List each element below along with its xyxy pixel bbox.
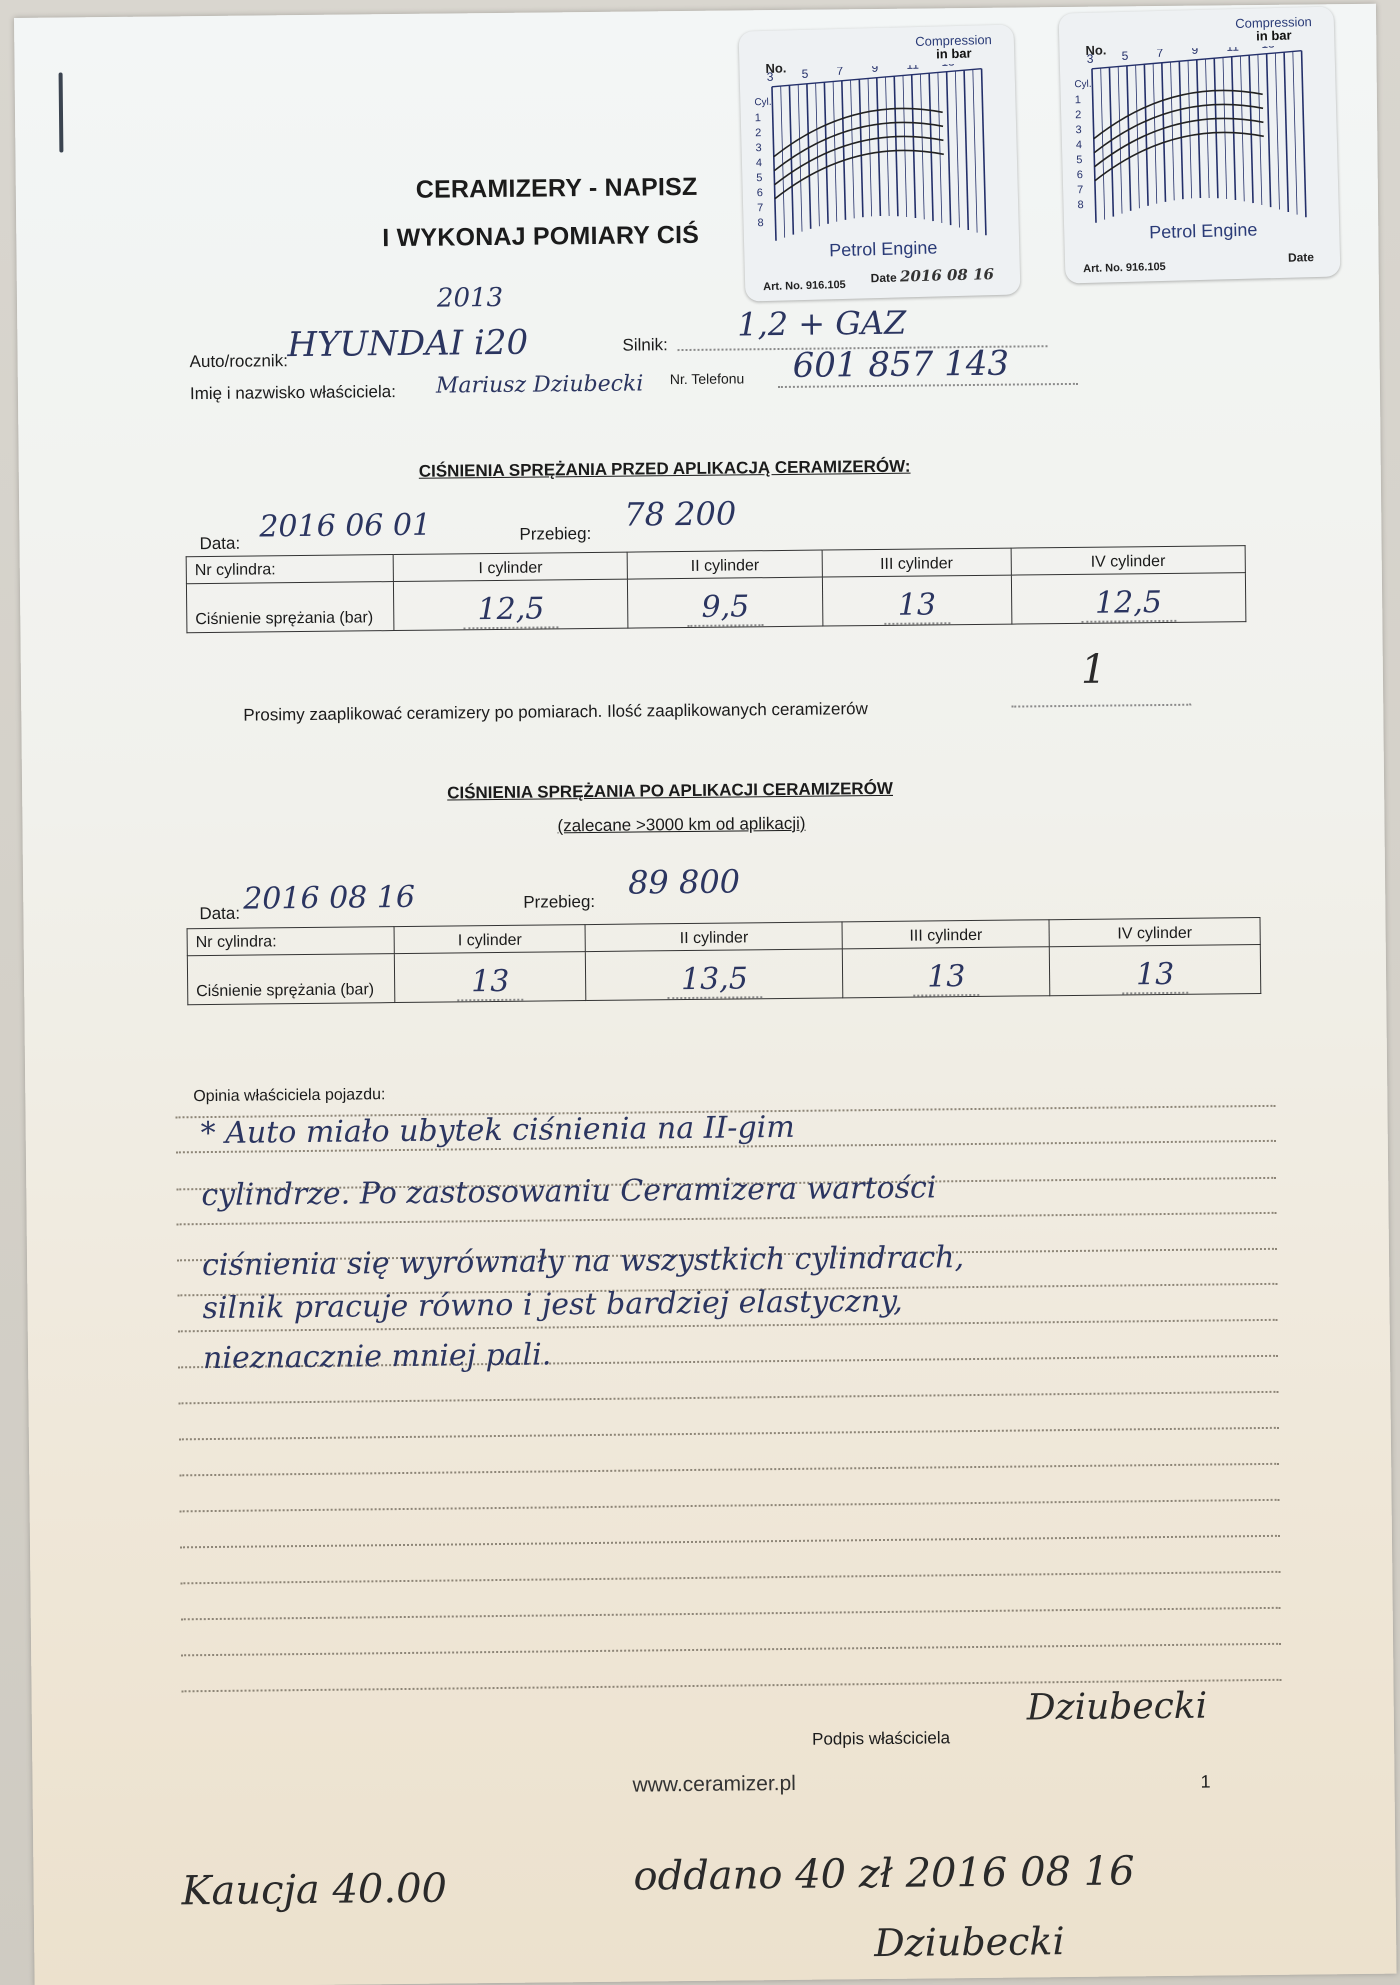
before-mileage-label: Przebieg: (519, 524, 591, 545)
cylinder-header: I cylinder (394, 925, 586, 954)
compression-value: 13,5 (667, 961, 762, 999)
card-date-label: Date (1288, 250, 1314, 265)
bottom-signature: Dziubecki (874, 1919, 1065, 1965)
form-title-line2: I WYKONAJ POMIARY CIŚ (382, 221, 699, 253)
page-number: 1 (1200, 1772, 1210, 1793)
card-engine-label: Petrol Engine (829, 238, 938, 262)
compression-value: 13 (884, 587, 951, 625)
svg-text:5: 5 (756, 172, 762, 184)
svg-text:3: 3 (755, 142, 761, 154)
compression-value: 13 (457, 964, 524, 1002)
after-heading: CIŚNIENIA SPRĘŻANIA PO APLIKACJI CERAMIZ… (447, 779, 893, 804)
svg-text:7: 7 (1156, 46, 1163, 60)
phone-label: Nr. Telefonu (670, 370, 745, 387)
footer-url: www.ceramizer.pl (632, 1772, 796, 1798)
after-date-label: Data: (199, 904, 240, 924)
compression-gauge-grid: 357911131512345678Cyl. (1070, 45, 1315, 241)
compression-value: 13 (913, 959, 980, 997)
before-mileage-value: 78 200 (624, 494, 736, 533)
compression-value: 12,5 (463, 591, 558, 629)
pen-mark (59, 72, 64, 152)
svg-text:1: 1 (1075, 94, 1081, 106)
svg-text:5: 5 (801, 67, 808, 81)
opinion-line: cylindrze. Po zastosowaniu Ceramizera wa… (201, 1170, 936, 1213)
svg-text:15: 15 (1296, 45, 1310, 48)
svg-text:1: 1 (755, 112, 761, 124)
opinion-line: ciśnienia się wyrównały na wszystkich cy… (202, 1240, 964, 1283)
compression-value: 13 (1122, 957, 1189, 995)
car-value: HYUNDAI i20 (287, 323, 528, 366)
cylinder-header: IV cylinder (1049, 918, 1260, 947)
svg-text:3: 3 (1075, 124, 1081, 136)
after-mileage-value: 89 800 (628, 862, 740, 901)
svg-text:13: 13 (1261, 45, 1275, 51)
deposit-note: Kaucja 40.00 (181, 1866, 447, 1915)
cylinder-header: II cylinder (585, 922, 842, 952)
svg-text:5: 5 (1076, 154, 1082, 166)
svg-text:4: 4 (756, 157, 762, 169)
card-art-number: Art. No. 916.105 (1083, 261, 1166, 275)
apply-count: 1 (1081, 647, 1107, 693)
compression-gauge-card: No. Compressionin bar 357911131512345678… (1059, 6, 1341, 283)
car-label: Auto/rocznik: (190, 351, 288, 372)
row-label: Nr cylindra: (187, 927, 394, 956)
compression-value: 12,5 (1081, 585, 1176, 623)
owner-value: Mariusz Dziubecki (436, 371, 644, 398)
opinion-line: silnik pracuje równo i jest bardziej ela… (202, 1284, 903, 1326)
cylinder-header: III cylinder (842, 920, 1049, 949)
svg-text:11: 11 (906, 63, 919, 72)
before-date-value: 2016 06 01 (259, 508, 431, 545)
cylinder-header: II cylinder (628, 550, 823, 579)
apply-note: Prosimy zaaplikować ceramizery po pomiar… (243, 699, 868, 726)
svg-text:8: 8 (757, 217, 763, 229)
card-art-number: Art. No. 916.105 (763, 279, 846, 293)
svg-text:6: 6 (757, 187, 763, 199)
before-date-label: Data: (199, 534, 240, 554)
cylinder-header: III cylinder (822, 548, 1011, 577)
card-unit-label: in bar (936, 46, 972, 62)
after-compression-table: Nr cylindra: I cylinder II cylinder III … (187, 917, 1262, 1005)
svg-text:15: 15 (976, 63, 990, 66)
svg-text:13: 13 (941, 63, 955, 69)
svg-text:2: 2 (1075, 109, 1081, 121)
after-mileage-label: Przebieg: (523, 892, 595, 913)
row-label: Nr cylindra: (186, 555, 393, 584)
form-sheet: CERAMIZERY - NAPISZ I WYKONAJ POMIARY CI… (14, 4, 1397, 1985)
owner-signature: Dziubecki (1027, 1686, 1208, 1729)
form-title-line1: CERAMIZERY - NAPISZ (416, 173, 698, 205)
owner-label: Imię i nazwisko właściciela: (190, 382, 396, 404)
returned-note: oddano 40 zł 2016 08 16 (633, 1848, 1135, 1899)
svg-text:3: 3 (1087, 52, 1094, 66)
svg-text:9: 9 (1191, 45, 1198, 57)
row-label: Ciśnienie sprężania (bar) (186, 582, 394, 633)
after-date-value: 2016 08 16 (243, 880, 415, 917)
svg-text:7: 7 (836, 64, 843, 78)
engine-label: Silnik: (622, 335, 668, 355)
svg-text:9: 9 (871, 63, 878, 75)
svg-text:7: 7 (1077, 184, 1083, 196)
row-label: Ciśnienie sprężania (bar) (187, 954, 395, 1005)
svg-text:4: 4 (1076, 139, 1082, 151)
opinion-label: Opinia właściciela pojazdu: (193, 1086, 385, 1106)
svg-text:Cyl.: Cyl. (754, 97, 772, 108)
compression-gauge-grid: 357911131512345678Cyl. (750, 63, 995, 259)
svg-text:2: 2 (755, 127, 761, 139)
svg-text:3: 3 (767, 70, 774, 84)
svg-text:Cyl.: Cyl. (1074, 79, 1092, 90)
opinion-line: * Auto miało ubytek ciśnienia na II-gim (201, 1110, 795, 1151)
signature-label: Podpis właściciela (812, 1728, 950, 1749)
card-date-value: 2016 08 16 (900, 265, 994, 285)
svg-text:5: 5 (1121, 49, 1128, 63)
table-row: Ciśnienie sprężania (bar) 12,5 9,5 13 12… (186, 573, 1245, 633)
svg-text:11: 11 (1226, 45, 1239, 54)
before-heading: CIŚNIENIA SPRĘŻANIA PRZED APLIKACJĄ CERA… (419, 457, 911, 482)
table-row: Ciśnienie sprężania (bar) 13 13,5 13 13 (187, 945, 1260, 1005)
after-subheading: (zalecane >3000 km od aplikacji) (557, 814, 805, 837)
opinion-line: nieznacznie mniej pali. (203, 1337, 552, 1376)
cylinder-header: I cylinder (393, 552, 628, 581)
cylinder-header: IV cylinder (1011, 546, 1246, 575)
compression-gauge-card: No. Compressionin bar 357911131512345678… (739, 24, 1021, 301)
svg-text:7: 7 (757, 202, 763, 214)
before-compression-table: Nr cylindra: I cylinder II cylinder III … (186, 545, 1247, 633)
svg-text:8: 8 (1077, 199, 1083, 211)
vehicle-year: 2013 (437, 283, 503, 314)
phone-value: 601 857 143 (792, 344, 1009, 386)
card-unit-label: in bar (1256, 28, 1292, 44)
card-engine-label: Petrol Engine (1149, 220, 1258, 244)
engine-value: 1,2 + GAZ (737, 304, 906, 344)
card-date-label: Date (871, 271, 897, 286)
svg-text:6: 6 (1077, 169, 1083, 181)
compression-value: 9,5 (687, 589, 763, 627)
